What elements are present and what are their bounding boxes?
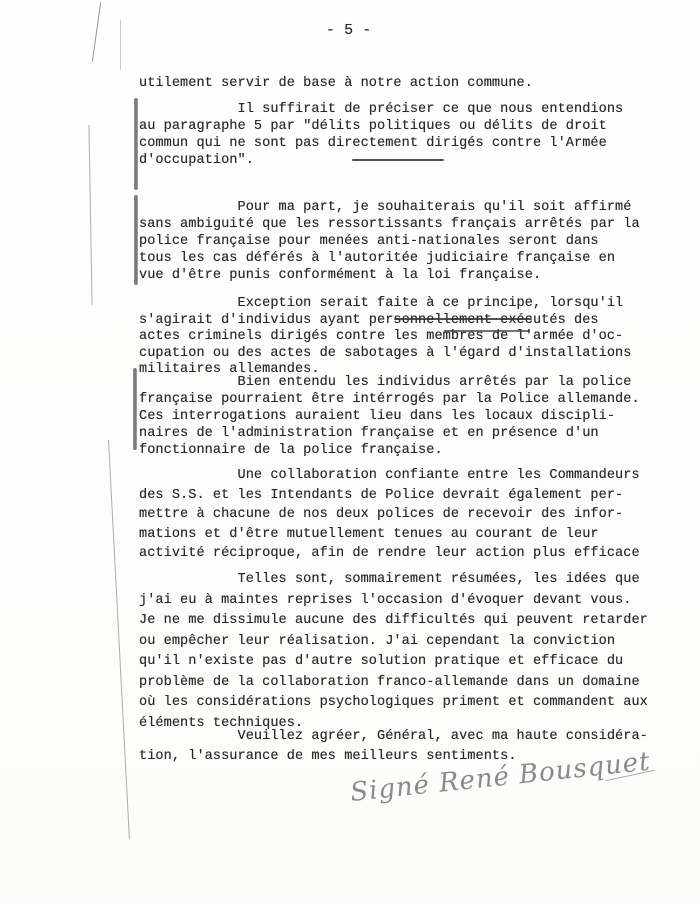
text-line: sans ambiguité que les ressortissants fr… <box>139 217 640 232</box>
margin-bracket-p1 <box>134 98 138 190</box>
text-line: mettre à chacune de nos deux polices de … <box>139 507 623 522</box>
text-line: j'ai eu à maintes reprises l'occasion d'… <box>139 593 631 608</box>
text-line: naires de l'administration française et … <box>139 426 599 441</box>
strike-les-membres <box>444 330 530 332</box>
underline-personnellement <box>394 318 532 320</box>
text-line: Il suffirait de préciser ce que nous ent… <box>139 102 623 117</box>
text-line: Bien entendu les individus arrêtés par l… <box>139 375 631 390</box>
text-line: Telles sont, sommairement résumées, les … <box>139 572 640 587</box>
text-line: Exception serait faite à ce principe, lo… <box>139 296 623 311</box>
text-line: cupation ou des actes de sabotages à l'é… <box>139 346 631 361</box>
text-line: problème de la collaboration franco-alle… <box>139 675 640 690</box>
text-line: vue d'être punis conformément à la loi f… <box>139 268 541 283</box>
document-page: - 5 - utilement servir de base à notre a… <box>0 0 700 904</box>
page-number: - 5 - <box>326 22 371 39</box>
text-line: actes criminels dirigés contre les membr… <box>139 329 623 344</box>
underline-directement <box>352 159 444 161</box>
text-line: Ces interrogations auraient lieu dans le… <box>139 409 615 424</box>
margin-bracket-p4 <box>133 368 137 450</box>
margin-pencil-line-lower <box>108 440 130 840</box>
text-line: fonctionnaire de la police française. <box>139 443 443 458</box>
text-line: Pour ma part, je souhaiterais qu'il soit… <box>139 200 631 215</box>
margin-pencil-line-upper <box>88 125 92 305</box>
text-line: tion, l'assurance de mes meilleurs senti… <box>139 749 517 764</box>
text-line: s'agirait d'individus ayant personnellem… <box>139 313 599 328</box>
margin-pencil-mark-top-faint <box>120 20 121 70</box>
text-line: Je ne me dissimule aucune des difficulté… <box>139 613 648 628</box>
text-line: d'occupation". <box>139 153 254 168</box>
text-line: tous les cas déférés à l'autoritée judic… <box>139 251 615 266</box>
text-line: ou empêcher leur réalisation. J'ai cepen… <box>139 634 615 649</box>
text-line: mations et d'être mutuellement tenues au… <box>139 527 599 542</box>
text-line: activité réciproque, afin de rendre leur… <box>139 546 640 561</box>
text-line: police française pour menées anti-nation… <box>139 234 599 249</box>
text-line: utilement servir de base à notre action … <box>139 76 533 91</box>
text-line: au paragraphe 5 par "délits politiques o… <box>139 119 607 134</box>
text-line: Une collaboration confiante entre les Co… <box>139 468 640 483</box>
text-line: qu'il n'existe pas d'autre solution prat… <box>139 654 623 669</box>
text-line: française pourraient être intérrogés par… <box>139 392 640 407</box>
text-line: où les considérations psychologiques pri… <box>139 695 648 710</box>
text-line: des S.S. et les Intendants de Police dev… <box>139 488 623 503</box>
text-line: Veuillez agréer, Général, avec ma haute … <box>139 729 648 744</box>
margin-bracket-p2 <box>134 195 138 285</box>
text-line: commun qui ne sont pas directement dirig… <box>139 136 607 151</box>
margin-pencil-mark-top <box>92 2 101 62</box>
